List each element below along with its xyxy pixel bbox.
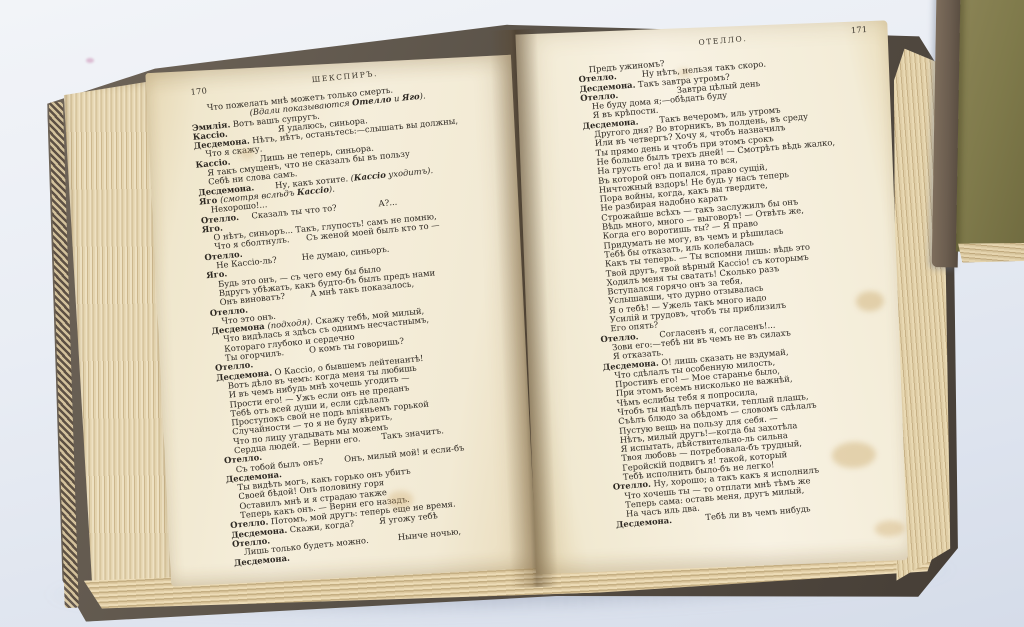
- gap: [608, 423, 619, 425]
- gap: [592, 238, 603, 240]
- photograph: 170 ШЕКСПИРЪ. Что пожелать мнѣ можетъ то…: [0, 0, 1024, 627]
- gap: [597, 303, 608, 305]
- gap: [221, 425, 232, 427]
- gap: [219, 406, 230, 408]
- gap: [615, 507, 626, 509]
- gap: [222, 443, 233, 445]
- gap: [583, 136, 594, 138]
- gap: [361, 438, 382, 441]
- gap: [606, 405, 617, 407]
- gap: [586, 164, 597, 166]
- gap: [587, 182, 598, 184]
- foxing-spot: [874, 520, 905, 537]
- gap: [197, 175, 208, 177]
- gap: [595, 275, 606, 277]
- gap: [672, 519, 706, 523]
- open-book: 170 ШЕКСПИРЪ. Что пожелать мнѣ можетъ то…: [45, 6, 963, 622]
- gap: [213, 341, 224, 343]
- gap: [594, 257, 605, 259]
- gap: [610, 451, 621, 453]
- gap: [593, 247, 604, 249]
- gap: [591, 229, 602, 231]
- gap: [599, 321, 610, 323]
- gap: [290, 240, 307, 243]
- gap: [217, 388, 228, 390]
- line-text: ).: [328, 184, 335, 195]
- gap: [585, 155, 596, 157]
- gap: [354, 522, 379, 525]
- gap: [222, 434, 233, 436]
- closed-book-page-edges: [958, 242, 1024, 264]
- gap: [590, 210, 601, 212]
- gap: [604, 386, 615, 388]
- gap: [208, 295, 219, 297]
- gap: [589, 201, 600, 203]
- gap: [587, 173, 598, 175]
- gap: [611, 470, 622, 472]
- closed-book-cover: [956, 0, 1024, 253]
- gap: [227, 489, 238, 491]
- gap: [285, 296, 310, 299]
- gap: [584, 145, 595, 147]
- gap: [594, 266, 605, 268]
- gap: [590, 220, 601, 222]
- gap: [614, 497, 625, 499]
- closed-book: [931, 0, 1024, 279]
- gap: [229, 508, 240, 510]
- speaker-name: Яго: [402, 91, 421, 103]
- gap: [239, 217, 252, 219]
- gap: [607, 414, 618, 416]
- line-text: ).: [419, 91, 426, 102]
- gap: [284, 352, 309, 355]
- gap: [369, 539, 398, 543]
- gap: [605, 396, 616, 398]
- gap: [218, 397, 229, 399]
- right-page-text: ОТЕЛЛО. 171 Предъ ужиномъ?Отелло.Ну нѣтъ…: [576, 24, 909, 530]
- gap: [604, 377, 615, 379]
- gap: [203, 240, 214, 242]
- gap: [207, 286, 218, 288]
- gap: [597, 294, 608, 296]
- gap: [214, 351, 225, 353]
- gap: [190, 109, 207, 112]
- right-page-lines: Предъ ужиномъ?Отелло.Ну нѣтъ, нельзя так…: [578, 42, 910, 530]
- gap: [596, 284, 607, 286]
- right-page-number: 171: [851, 24, 868, 35]
- gap: [581, 108, 592, 110]
- gap: [608, 433, 619, 435]
- gap: [611, 460, 622, 462]
- line-text: А?...: [378, 196, 398, 208]
- left-page-lines: Что пожелать мнѣ можетъ только смерть.(В…: [190, 75, 547, 568]
- gap: [220, 415, 231, 417]
- gap: [588, 192, 599, 194]
- gap: [277, 259, 302, 262]
- gap: [609, 442, 620, 444]
- gap: [323, 460, 344, 463]
- left-page: 170 ШЕКСПИРЪ. Что пожелать мнѣ можетъ то…: [145, 55, 537, 587]
- right-page: ОТЕЛЛО. 171 Предъ ужиномъ?Отелло.Ну нѣтъ…: [515, 20, 907, 574]
- gap: [601, 349, 612, 351]
- gap: [228, 499, 239, 501]
- gap: [598, 312, 609, 314]
- left-page-text: 170 ШЕКСПИРЪ. Что пожелать мнѣ можетъ то…: [188, 57, 547, 568]
